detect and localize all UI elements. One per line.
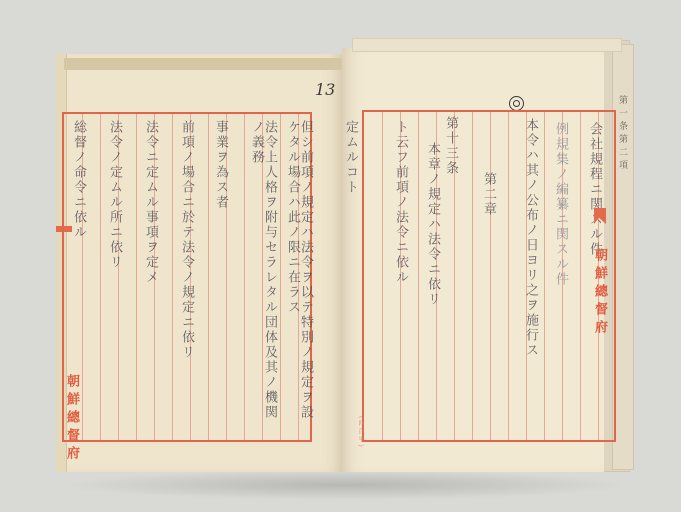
side-stamp: 朝鮮總督府 [62, 374, 81, 464]
chapter-heading: 第二章 [482, 172, 495, 312]
article-heading: 第十三条 [444, 116, 457, 196]
page-shadow [60, 470, 630, 500]
margin-note: 定ムルコト [344, 120, 357, 200]
handwritten-column: 本令ハ其ノ公布ノ日ヨリ之ヲ施行ス [524, 118, 537, 358]
circle-heading-mark [509, 96, 524, 111]
handwritten-column: ト云フ前項ノ法令ニ依ル [394, 120, 407, 430]
right-ruled-frame: 会社規程ニ関スル件 例規集ノ編纂ニ関スル件 本令ハ其ノ公布ノ日ヨリ之ヲ施行ス 第… [362, 110, 616, 442]
handwritten-column: 法令上人格ヲ附与セラレタル団体及其ノ機関ノ義務 [250, 120, 276, 420]
right-page: 会社規程ニ関スル件 例規集ノ編纂ニ関スル件 本令ハ其ノ公布ノ日ヨリ之ヲ施行ス 第… [342, 48, 604, 472]
left-top-band [64, 58, 344, 70]
handwritten-column: 法令ニ定ムル事項ヲ定メ [144, 120, 157, 420]
handwritten-column: 法令ノ定ムル所ニ依リ [108, 120, 121, 420]
handwritten-column: 但シ前項ノ規定ハ法令ヲ以テ特別ノ規定ヲ設ケタル場合ハ此ノ限ニ在ラス [286, 120, 312, 432]
handwritten-column: 事業ヲ為ス者 [214, 120, 227, 320]
left-ruled-frame: 但シ前項ノ規定ハ法令ヲ以テ特別ノ規定ヲ設ケタル場合ハ此ノ限ニ在ラス 法令上人格ヲ… [62, 112, 312, 442]
handwritten-column: 例規集ノ編纂ニ関スル件 [554, 122, 567, 322]
handwritten-column: 前項ノ場合ニ於テ法令ノ規定ニ依リ [180, 120, 193, 420]
page-edge-text: 第一条第二項 [617, 95, 629, 173]
side-stamp: 朝鮮總督府 [590, 248, 609, 338]
page-number: 13 [315, 80, 335, 99]
left-page: 13 但シ前項ノ規定ハ法令ヲ以テ特別ノ規定ヲ設ケタル場合ハ此ノ限ニ在ラス 法令上… [56, 54, 344, 472]
handwritten-column: 総督ノ命令ニ依ル [72, 120, 85, 320]
footer-label: (四百字) [356, 416, 365, 449]
right-top-strip [352, 38, 622, 52]
handwritten-column: 本章ノ規定ハ法令ニ依リ [426, 142, 439, 432]
